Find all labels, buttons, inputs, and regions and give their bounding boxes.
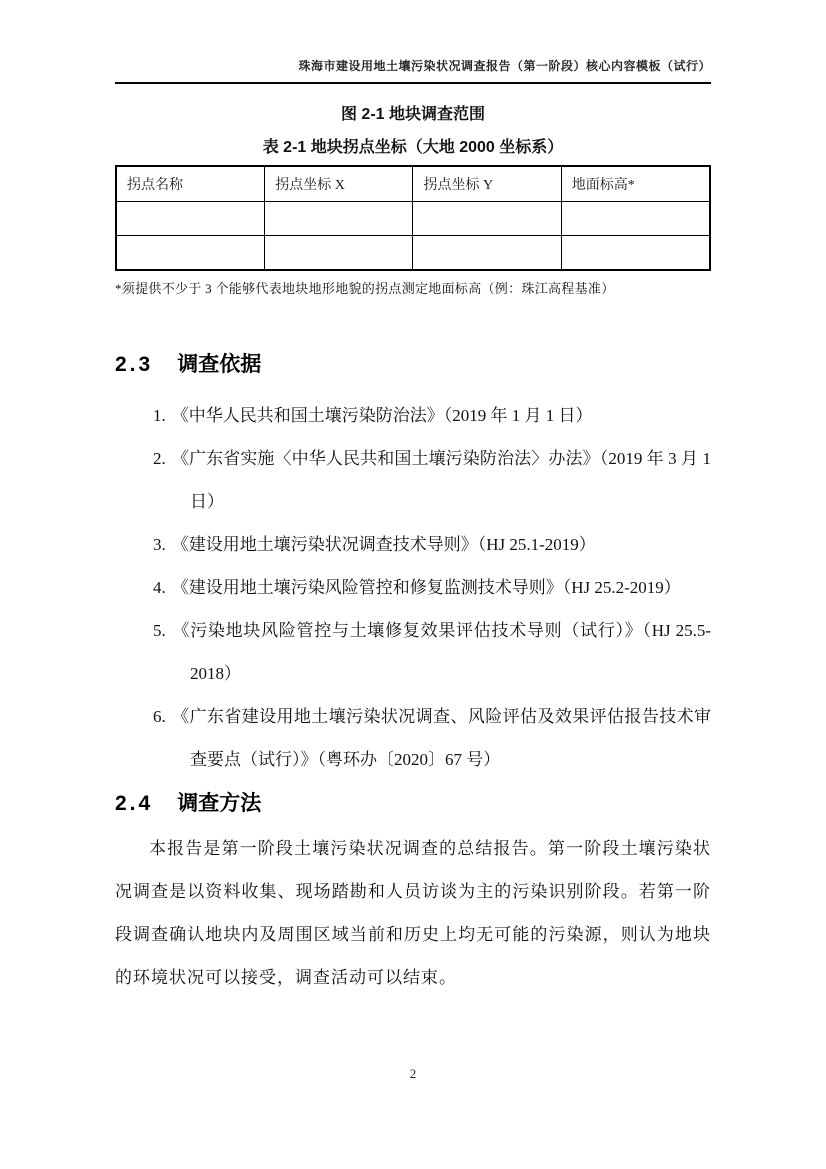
coordinates-table: 拐点名称 拐点坐标 X 拐点坐标 Y 地面标高* <box>115 165 711 271</box>
method-paragraph: 本报告是第一阶段土壤污染状况调查的总结报告。第一阶段土壤污染状况调查是以资料收集… <box>115 827 711 999</box>
section-number: 2.3 <box>115 353 153 376</box>
reference-item: 5.《污染地块风险管控与土壤修复效果评估技术导则（试行）》（HJ 25.5-20… <box>190 609 711 695</box>
table-footnote: *须提供不少于 3 个能够代表地块地形地貌的拐点测定地面标高（例：珠江高程基准） <box>115 280 711 298</box>
item-number: 4. <box>153 578 166 597</box>
section-number: 2.4 <box>115 792 153 815</box>
table-cell-empty <box>116 236 265 271</box>
figure-caption: 图 2-1 地块调查范围 <box>115 104 711 126</box>
table-row <box>116 236 710 271</box>
header-rule <box>115 82 711 84</box>
table-row <box>116 202 710 236</box>
table-cell-empty <box>413 202 561 236</box>
header-title: 珠海市建设用地土壤污染状况调查报告（第一阶段）核心内容模板（试行） <box>115 56 711 76</box>
table-cell-empty <box>561 202 710 236</box>
reference-item: 6.《广东省建设用地土壤污染状况调查、风险评估及效果评估报告技术审查要点（试行）… <box>190 695 711 781</box>
table-header-cell-y: 拐点坐标 Y <box>413 166 561 202</box>
reference-list: 1.《中华人民共和国土壤污染防治法》（2019 年 1 月 1 日） 2.《广东… <box>115 394 711 781</box>
item-number: 1. <box>153 406 166 425</box>
reference-item: 2.《广东省实施〈中华人民共和国土壤污染防治法〉办法》（2019 年 3 月 1… <box>190 437 711 523</box>
section-heading-2-4: 2.4调查方法 <box>115 789 711 819</box>
item-text: 《广东省实施〈中华人民共和国土壤污染防治法〉办法》（2019 年 3 月 1 日… <box>172 449 711 511</box>
page-header: 珠海市建设用地土壤污染状况调查报告（第一阶段）核心内容模板（试行） <box>115 56 711 84</box>
section-title: 调查依据 <box>177 353 261 376</box>
section-title: 调查方法 <box>177 792 261 815</box>
table-cell-empty <box>561 236 710 271</box>
table-header-cell-x: 拐点坐标 X <box>265 166 413 202</box>
item-number: 2. <box>153 449 166 468</box>
item-text: 《广东省建设用地土壤污染状况调查、风险评估及效果评估报告技术审查要点（试行）》（… <box>172 707 711 769</box>
item-number: 6. <box>153 707 166 726</box>
table-caption: 表 2-1 地块拐点坐标（大地 2000 坐标系） <box>115 137 711 159</box>
reference-item: 1.《中华人民共和国土壤污染防治法》（2019 年 1 月 1 日） <box>190 394 711 437</box>
table-cell-empty <box>265 202 413 236</box>
item-text: 《中华人民共和国土壤污染防治法》（2019 年 1 月 1 日） <box>172 406 593 425</box>
table-header-cell-elevation: 地面标高* <box>561 166 710 202</box>
section-heading-2-3: 2.3调查依据 <box>115 350 711 380</box>
document-page: 珠海市建设用地土壤污染状况调查报告（第一阶段）核心内容模板（试行） 图 2-1 … <box>0 0 826 1169</box>
page-number: 2 <box>0 1066 826 1082</box>
item-text: 《建设用地土壤污染状况调查技术导则》（HJ 25.1-2019） <box>172 535 596 554</box>
reference-item: 3.《建设用地土壤污染状况调查技术导则》（HJ 25.1-2019） <box>190 523 711 566</box>
table-cell-empty <box>116 202 265 236</box>
reference-item: 4.《建设用地土壤污染风险管控和修复监测技术导则》（HJ 25.2-2019） <box>190 566 711 609</box>
table-cell-empty <box>413 236 561 271</box>
item-number: 5. <box>153 621 166 640</box>
table-header-cell-name: 拐点名称 <box>116 166 265 202</box>
item-number: 3. <box>153 535 166 554</box>
table-cell-empty <box>265 236 413 271</box>
item-text: 《污染地块风险管控与土壤修复效果评估技术导则（试行）》（HJ 25.5-2018… <box>172 621 711 683</box>
table-header-row: 拐点名称 拐点坐标 X 拐点坐标 Y 地面标高* <box>116 166 710 202</box>
item-text: 《建设用地土壤污染风险管控和修复监测技术导则》（HJ 25.2-2019） <box>172 578 681 597</box>
